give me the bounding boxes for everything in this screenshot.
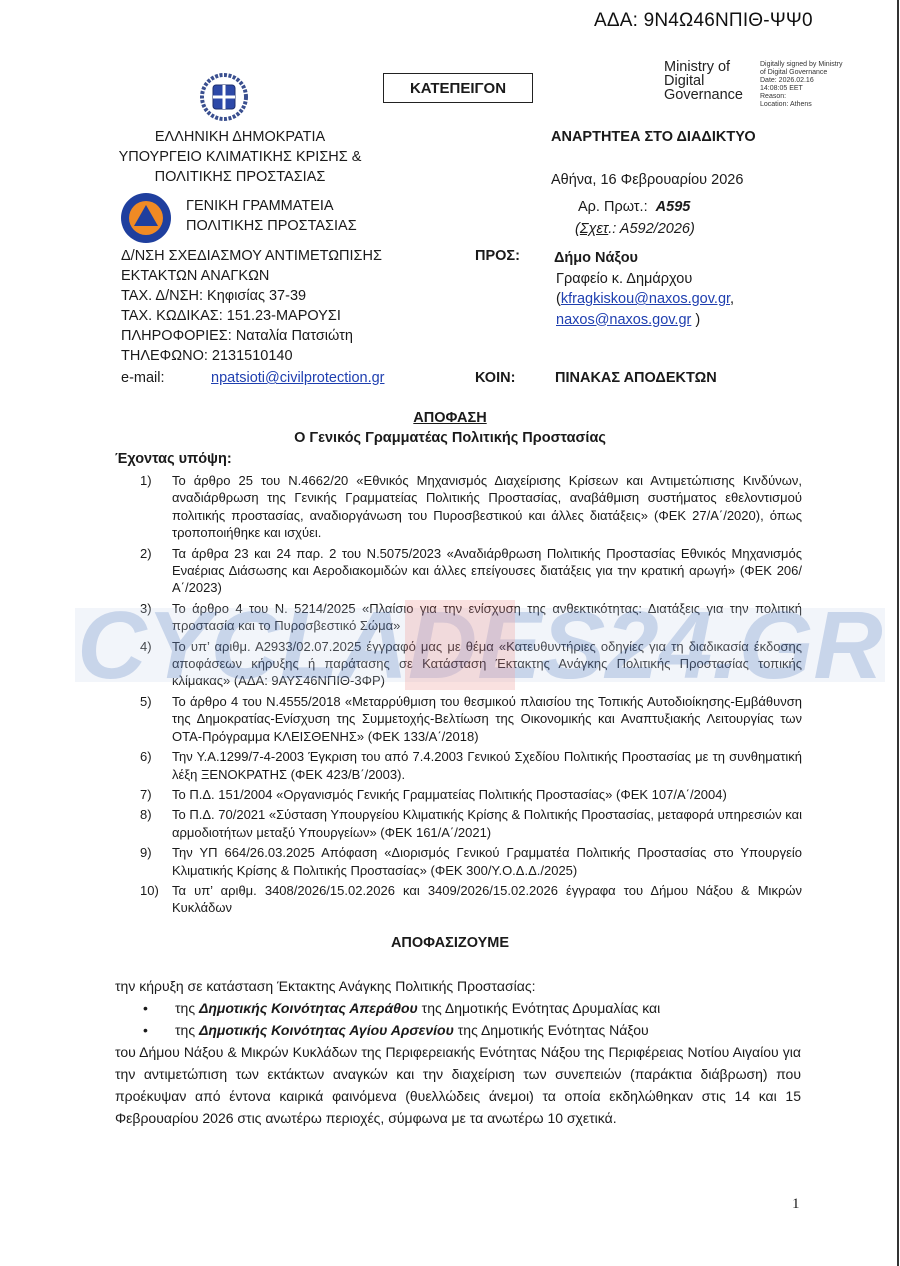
consideration-number: 5) (140, 693, 172, 745)
consideration-item: 6)Την Υ.Α.1299/7-4-2003 Έγκριση του από … (140, 748, 802, 783)
recipient-block: Δήμο Νάξου Γραφείο κ. Δημάρχου (kfragkis… (554, 248, 734, 330)
department-line: ΠΛΗΡΟΦΟΡΙΕΣ: Ναταλία Πατσιώτη (121, 326, 382, 346)
recipient-email-link[interactable]: naxos@naxos.gov.gr (556, 312, 691, 328)
header-line: ΠΟΛΙΤΙΚΗΣ ΠΡΟΣΤΑΣΙΑΣ (110, 167, 370, 187)
text-post: της Δημοτικής Ενότητας Νάξου (454, 1022, 649, 1038)
protocol-value: Α595 (656, 199, 691, 215)
consideration-item: 1)Το άρθρο 25 του Ν.4662/20 «Εθνικός Μηχ… (140, 472, 802, 542)
consideration-number: 9) (140, 844, 172, 879)
email-label: e-mail: (121, 370, 165, 386)
consideration-item: 8)Το Π.Δ. 70/2021 «Σύσταση Υπουργείου Κλ… (140, 806, 802, 841)
header-line: ΕΛΛΗΝΙΚΗ ΔΗΜΟΚΡΑΤΙΑ (110, 127, 370, 147)
cc-label: ΚΟΙΝ: (475, 370, 515, 386)
decide-heading: ΑΠΟΦΑΣΙΖΟΥΜΕ (0, 935, 900, 951)
consideration-text: Το άρθρο 25 του Ν.4662/20 «Εθνικός Μηχαν… (172, 472, 802, 542)
considerations-list: 1)Το άρθρο 25 του Ν.4662/20 «Εθνικός Μηχ… (140, 472, 802, 920)
consideration-text: Την Υ.Α.1299/7-4-2003 Έγκριση του από 7.… (172, 748, 802, 783)
consideration-item: 9)Την ΥΠ 664/26.03.2025 Απόφαση «Διορισμ… (140, 844, 802, 879)
related-reference: (Σχετ.: Α592/2026) (575, 219, 695, 239)
department-line: ΤΑΧ. ΚΩΔΙΚΑΣ: 151.23-ΜΑΡΟΥΣΙ (121, 306, 382, 326)
consideration-text: Τα υπ’ αριθμ. 3408/2026/15.02.2026 και 3… (172, 882, 802, 917)
consideration-item: 7)Το Π.Δ. 151/2004 «Οργανισμός Γενικής Γ… (140, 786, 802, 803)
protocol-number: Αρ. Πρωτ.: Α595 (578, 197, 690, 217)
consideration-text: Το άρθρο 4 του Ν. 5214/2025 «Πλαίσιο για… (172, 600, 802, 635)
department-line: ΤΑΧ. Δ/ΝΣΗ: Κηφισίας 37-39 (121, 286, 382, 306)
signature-detail: 14:08:05 EET (760, 85, 842, 93)
department-line: ΕΚΤΑΚΤΩΝ ΑΝΑΓΚΩΝ (121, 266, 382, 286)
signature-detail: Reason: (760, 93, 842, 101)
department-info: Δ/ΝΣΗ ΣΧΕΔΙΑΣΜΟΥ ΑΝΤΙΜΕΤΩΠΙΣΗΣ ΕΚΤΑΚΤΩΝ … (121, 246, 382, 366)
digital-signature-details: Digitally signed by Ministry of Digital … (760, 61, 842, 109)
decision-body: του Δήμου Νάξου & Μικρών Κυκλάδων της Πε… (115, 1041, 801, 1129)
signature-org-line: Governance (664, 88, 743, 102)
greek-coat-of-arms-icon (200, 73, 248, 121)
header-line: ΥΠΟΥΡΓΕΙΟ ΚΛΙΜΑΤΙΚΗΣ ΚΡΙΣΗΣ & (110, 147, 370, 167)
consideration-number: 2) (140, 545, 172, 597)
decision-area-item: •της Δημοτικής Κοινότητας Αγίου Αρσενίου… (143, 1019, 660, 1041)
consideration-item: 3)Το άρθρο 4 του Ν. 5214/2025 «Πλαίσιο γ… (140, 600, 802, 635)
signature-org-line: Ministry of (664, 60, 743, 74)
consideration-number: 3) (140, 600, 172, 635)
page-edge (897, 0, 899, 1266)
cc-value: ΠΙΝΑΚΑΣ ΑΠΟΔΕΚΤΩΝ (555, 370, 717, 386)
consideration-number: 8) (140, 806, 172, 841)
decision-subtitle: Ο Γενικός Γραμματέας Πολιτικής Προστασία… (0, 430, 900, 446)
consideration-item: 4)Το υπ’ αριθμ. Α2933/02.07.2025 έγγραφό… (140, 638, 802, 690)
department-line: Δ/ΝΣΗ ΣΧΕΔΙΑΣΜΟΥ ΑΝΤΙΜΕΤΩΠΙΣΗΣ (121, 246, 382, 266)
page-number: 1 (792, 1196, 800, 1213)
contact-email-row: e-mail: npatsioti@civilprotection.gr (121, 370, 165, 386)
civil-protection-logo-icon (120, 192, 172, 244)
publish-online-label: ΑΝΑΡΤΗΤΕΑ ΣΤΟ ΔΙΑΔΙΚΤΥΟ (551, 127, 756, 147)
text-pre: της (175, 1000, 199, 1016)
decision-area-item: •της Δημοτικής Κοινότητας Απεράθου της Δ… (143, 997, 660, 1019)
consideration-text: Το άρθρο 4 του Ν.4555/2018 «Μεταρρύθμιση… (172, 693, 802, 745)
consideration-number: 10) (140, 882, 172, 917)
consideration-text: Τα άρθρα 23 και 24 παρ. 2 του Ν.5075/202… (172, 545, 802, 597)
considerations-heading: Έχοντας υπόψη: (115, 451, 232, 467)
consideration-item: 2)Τα άρθρα 23 και 24 παρ. 2 του Ν.5075/2… (140, 545, 802, 597)
ada-code: ΑΔΑ: 9Ν4Ω46ΝΠΙΘ-ΨΨ0 (594, 10, 813, 32)
bullet-icon: • (143, 1019, 175, 1041)
recipient-label: ΠΡΟΣ: (475, 248, 520, 264)
document-date: Αθήνα, 16 Φεβρουαρίου 2026 (551, 170, 743, 190)
text-pre: της (175, 1022, 199, 1038)
signature-detail: of Digital Governance (760, 69, 842, 77)
recipient-email-line: (kfragkiskou@naxos.gov.gr, (554, 289, 734, 310)
contact-email-link[interactable]: npatsioti@civilprotection.gr (211, 370, 385, 386)
signature-detail: Date: 2026.02.16 (760, 77, 842, 85)
digital-signature-org: Ministry of Digital Governance (664, 60, 743, 102)
decision-area-text: της Δημοτικής Κοινότητας Αγίου Αρσενίου … (175, 1019, 649, 1041)
consideration-number: 6) (140, 748, 172, 783)
recipient-name: Δήμο Νάξου (554, 248, 734, 269)
consideration-item: 10)Τα υπ’ αριθμ. 3408/2026/15.02.2026 κα… (140, 882, 802, 917)
recipient-email-line: naxos@naxos.gov.gr ) (554, 310, 734, 331)
consideration-text: Το Π.Δ. 151/2004 «Οργανισμός Γενικής Γρα… (172, 786, 802, 803)
secretariat-line: ΠΟΛΙΤΙΚΗΣ ΠΡΟΣΤΑΣΙΑΣ (186, 216, 357, 236)
decision-title: ΑΠΟΦΑΣΗ (0, 410, 900, 426)
recipient-email-link[interactable]: kfragkiskou@naxos.gov.gr (561, 291, 730, 307)
community-name: Δημοτικής Κοινότητας Αγίου Αρσενίου (199, 1022, 454, 1038)
consideration-item: 5)Το άρθρο 4 του Ν.4555/2018 «Μεταρρύθμι… (140, 693, 802, 745)
consideration-number: 7) (140, 786, 172, 803)
consideration-number: 1) (140, 472, 172, 542)
bullet-icon: • (143, 997, 175, 1019)
consideration-number: 4) (140, 638, 172, 690)
related-label: Σχετ (580, 221, 608, 237)
secretariat-line: ΓΕΝΙΚΗ ΓΡΑΜΜΑΤΕΙΑ (186, 196, 357, 216)
community-name: Δημοτικής Κοινότητας Απεράθου (199, 1000, 418, 1016)
department-line: ΤΗΛΕΦΩΝΟ: 2131510140 (121, 346, 382, 366)
text-post: της Δημοτικής Ενότητας Δρυμαλίας και (418, 1000, 660, 1016)
signature-detail: Digitally signed by Ministry (760, 61, 842, 69)
secretariat-name: ΓΕΝΙΚΗ ΓΡΑΜΜΑΤΕΙΑ ΠΟΛΙΤΙΚΗΣ ΠΡΟΣΤΑΣΙΑΣ (186, 196, 357, 236)
consideration-text: Το Π.Δ. 70/2021 «Σύσταση Υπουργείου Κλιμ… (172, 806, 802, 841)
related-value: .: Α592/2026 (608, 221, 690, 237)
consideration-text: Την ΥΠ 664/26.03.2025 Απόφαση «Διορισμός… (172, 844, 802, 879)
decision-intro: την κήρυξη σε κατάσταση Έκτακτης Ανάγκης… (115, 975, 801, 997)
decision-areas-list: •της Δημοτικής Κοινότητας Απεράθου της Δ… (143, 997, 660, 1041)
signature-org-line: Digital (664, 74, 743, 88)
protocol-label: Αρ. Πρωτ.: (578, 199, 648, 215)
urgent-badge: ΚΑΤΕΠΕΙΓΟΝ (383, 73, 533, 103)
recipient-office: Γραφείο κ. Δημάρχου (554, 269, 734, 290)
decision-area-text: της Δημοτικής Κοινότητας Απεράθου της Δη… (175, 997, 660, 1019)
signature-detail: Location: Athens (760, 101, 842, 109)
consideration-text: Το υπ’ αριθμ. Α2933/02.07.2025 έγγραφό μ… (172, 638, 802, 690)
issuer-header: ΕΛΛΗΝΙΚΗ ΔΗΜΟΚΡΑΤΙΑ ΥΠΟΥΡΓΕΙΟ ΚΛΙΜΑΤΙΚΗΣ… (110, 127, 370, 187)
